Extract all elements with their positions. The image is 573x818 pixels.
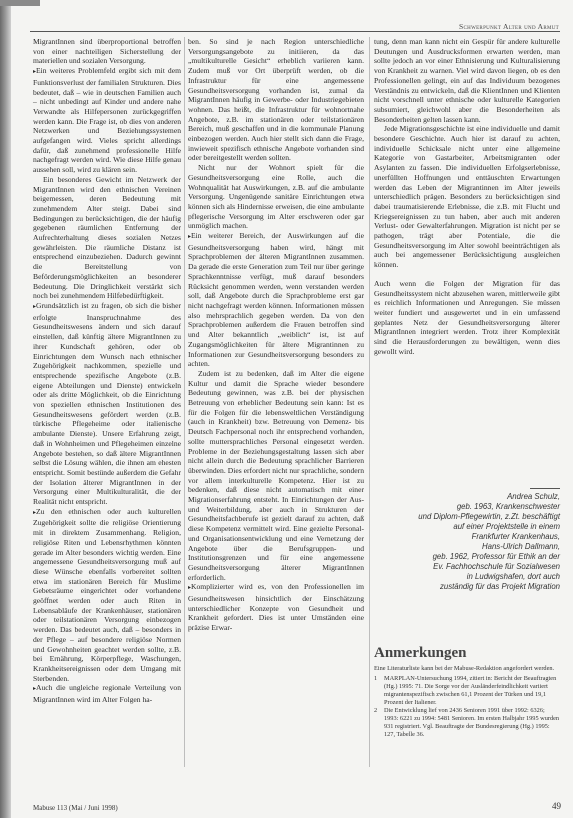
note-text: MARPLAN-Untersuchung 1994, zitiert in: B…: [384, 675, 560, 707]
paragraph: Jede Migrationsgeschichte ist eine indiv…: [374, 124, 560, 270]
author-line: auf einer Projektstelle in einem: [374, 522, 560, 532]
paragraph: Ein besonderes Gewicht im Netzwerk der M…: [33, 175, 181, 301]
paragraph: ben. So sind je nach Region unterschiedl…: [188, 37, 364, 163]
paragraph: Nicht nur der Wohnort spielt für die Ges…: [188, 163, 364, 231]
paragraph: tung, denn man kann nicht ein Gespür für…: [374, 37, 560, 124]
note-item: 2 Die Entwicklung lief von 2436 Senioren…: [374, 707, 560, 739]
publication-footer: Mabuse 113 (Mai / Juni 1998): [33, 804, 118, 812]
bullet-paragraph: Ein weiterer Bereich, der Auswirkungen a…: [188, 231, 364, 369]
author-line: zuständig für das Projekt Migration: [374, 582, 560, 592]
author-box: Andrea Schulz, geb. 1963, Krankenschwest…: [374, 492, 560, 592]
author-line: Hans-Ulrich Dallmann,: [374, 542, 560, 552]
notes-heading: Anmerkungen: [374, 645, 467, 662]
column-divider: [184, 37, 185, 767]
author-line: in Ludwigshafen, dort auch: [374, 572, 560, 582]
author-line: geb. 1962, Professor für Ethik an der: [374, 552, 560, 562]
bullet-paragraph: Grundsätzlich ist zu fragen, ob sich die…: [33, 301, 181, 507]
bullet-paragraph: Ein weiteres Problemfeld ergibt sich mit…: [33, 66, 181, 175]
author-line: geb. 1963, Krankenschwester: [374, 502, 560, 512]
spine-top-mark: [0, 0, 40, 6]
bullet-paragraph: Zu den ethnischen oder auch kulturellen …: [33, 507, 181, 684]
text-column-1: MigrantInnen sind überproportional betro…: [33, 37, 181, 705]
bullet-paragraph: Auch die ungleiche regionale Verteilung …: [33, 683, 181, 704]
author-line: Ev. Fachhochschule für Sozialwesen: [374, 562, 560, 572]
note-number: 1: [374, 675, 384, 707]
author-rule: [530, 488, 560, 489]
column-divider: [369, 37, 370, 767]
author-line: und Diplom-Pflegewirtin, z.Zt. beschäfti…: [374, 512, 560, 522]
section-title: Schwerpunkt Alter und Armut: [459, 22, 559, 31]
text-column-2: ben. So sind je nach Region unterschiedl…: [188, 37, 364, 633]
notes-intro: Eine Literaturliste kann bei der Mabuse-…: [374, 665, 560, 673]
notes-list: Eine Literaturliste kann bei der Mabuse-…: [374, 665, 560, 739]
bullet-paragraph: Komplizierter wird es, von den Professio…: [188, 582, 364, 633]
author-line: Frankfurter Krankenhaus,: [374, 532, 560, 542]
book-spine-shadow: [0, 0, 11, 818]
author-line: Andrea Schulz,: [374, 492, 560, 502]
paragraph: MigrantInnen sind überproportional betro…: [33, 37, 181, 66]
note-number: 2: [374, 707, 384, 739]
note-text: Die Entwicklung lief von 2436 Senioren 1…: [384, 707, 560, 739]
paragraph: Auch wenn die Folgen der Migration für d…: [374, 279, 560, 357]
text-column-3: tung, denn man kann nicht ein Gespür für…: [374, 37, 560, 357]
paragraph: Zudem ist zu bedenken, daß im Alter die …: [188, 369, 364, 582]
page-number: 49: [552, 801, 561, 811]
header-rule: [30, 31, 560, 32]
note-item: 1 MARPLAN-Untersuchung 1994, zitiert in:…: [374, 675, 560, 707]
